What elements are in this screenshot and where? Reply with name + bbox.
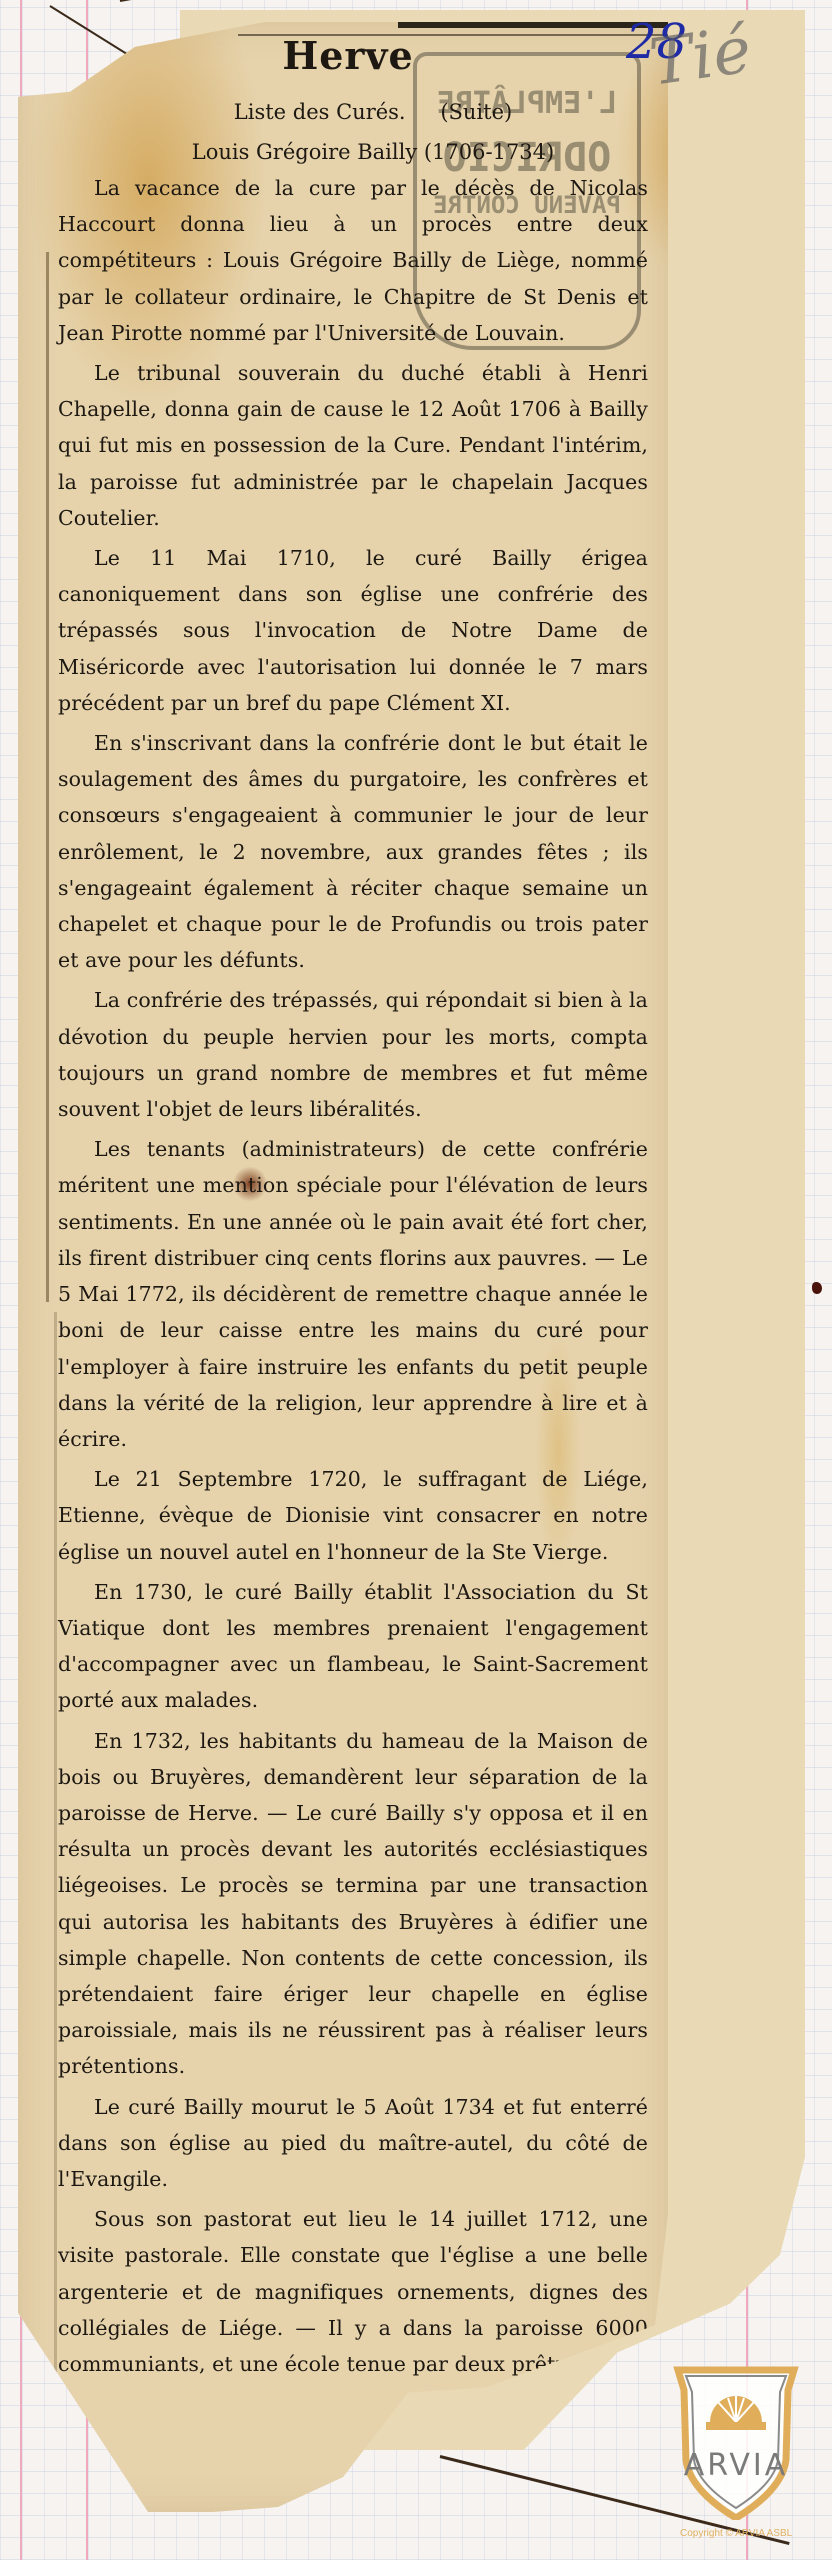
subtitle-suffix: (Suite) xyxy=(440,100,512,124)
paragraph: En s'inscrivant dans la confrérie dont l… xyxy=(58,725,648,978)
paragraph: Sous son pastorat eut lieu le 14 juillet… xyxy=(58,2201,648,2382)
column-rule xyxy=(54,1312,57,2492)
paragraph: En 1730, le curé Bailly établit l'Associ… xyxy=(58,1574,648,1719)
arvia-logo: ARVIA xyxy=(670,2360,802,2520)
paragraph: Le 21 Septembre 1720, le suffragant de L… xyxy=(58,1461,648,1570)
section-heading: Louis Grégoire Bailly (1706-1734) xyxy=(58,134,648,170)
paragraph: Le 11 Mai 1710, le curé Bailly érigea ca… xyxy=(58,540,648,721)
article: Herve Liste des Curés. (Suite) Louis Gré… xyxy=(58,28,648,2386)
pencil-annotation: Tié xyxy=(645,13,755,100)
copyright-notice: Copyright © ARVIA ASBL xyxy=(680,2528,792,2539)
paragraph: La confrérie des trépassés, qui répondai… xyxy=(58,982,648,1127)
shield-icon xyxy=(670,2360,802,2520)
logo-text: ARVIA xyxy=(670,2448,802,2483)
article-subtitle: Liste des Curés. (Suite) xyxy=(58,90,648,134)
paragraph: En 1732, les habitants du hameau de la M… xyxy=(58,1723,648,2085)
paragraph: La vacance de la cure par le décès de Ni… xyxy=(58,170,648,351)
column-rule xyxy=(46,252,49,1302)
paragraph: Le curé Bailly mourut le 5 Août 1734 et … xyxy=(58,2089,648,2198)
ink-blot xyxy=(812,1282,822,1294)
subtitle-text: Liste des Curés. xyxy=(234,100,406,124)
paragraph: Les tenants (administrateurs) de cette c… xyxy=(58,1131,648,1457)
newspaper-clipping: L'EMPLÂTRE ODRICIO PAVENU CONTRE Herve L… xyxy=(18,22,668,2512)
paragraph: Le tribunal souverain du duché établi à … xyxy=(58,355,648,536)
